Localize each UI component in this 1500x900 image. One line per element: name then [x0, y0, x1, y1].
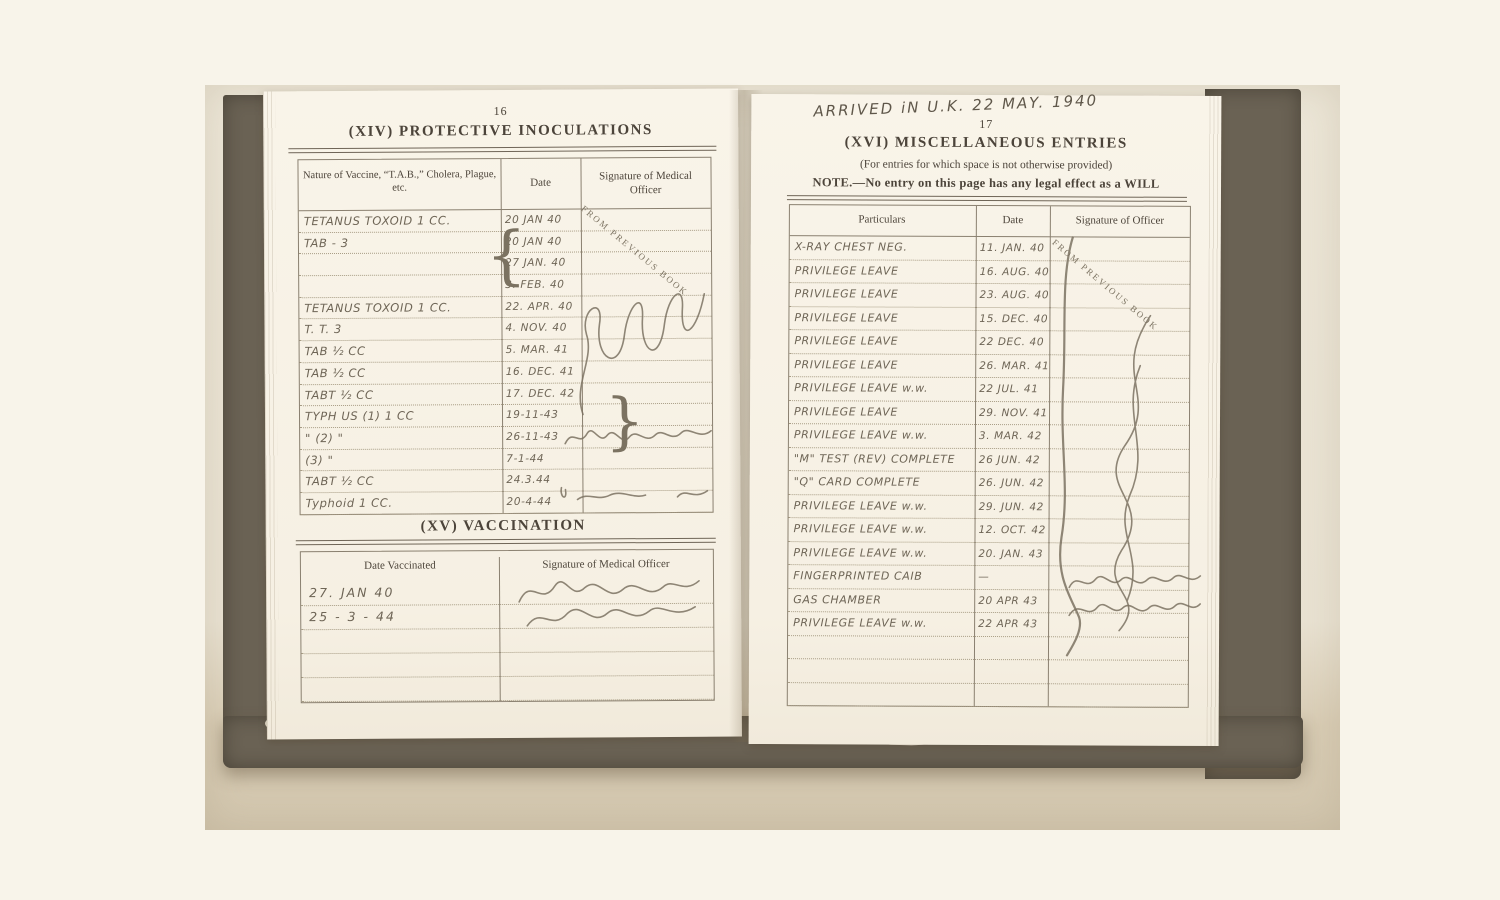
entry-particulars: PRIVILEGE LEAVE [794, 358, 898, 371]
header-date-vaccinated: Date Vaccinated [301, 559, 499, 574]
header-nature-of-vaccine: Nature of Vaccine, “T.A.B.,” Cholera, Pl… [303, 168, 497, 195]
header-date: Date [501, 177, 581, 191]
page-number: 17 [751, 116, 1221, 133]
vaccine-date: 7-1-44 [506, 452, 544, 464]
signature-scrawl [511, 567, 711, 640]
entry-date: 22 DEC. 40 [979, 336, 1044, 348]
entry-row [788, 659, 1188, 684]
entry-date: 15. DEC. 40 [979, 312, 1048, 324]
scanned-record-photo: 16 (XIV) PROTECTIVE INOCULATIONS Nature … [0, 0, 1500, 900]
vaccine-date: 20-4-44 [507, 496, 552, 508]
vaccine-entry: TETANUS TOXOID 1 CC. [304, 300, 451, 315]
double-rule [787, 195, 1187, 202]
right-page: ARRIVED iN U.K. 22 MAY. 1940 17 (XVI) MI… [749, 94, 1222, 746]
entry-date: 16. AUG. 40 [980, 265, 1050, 277]
entry-date: 29. NOV. 41 [979, 406, 1048, 418]
vaccine-entry: TYPH US (1) 1 CC [305, 409, 414, 424]
vaccine-date: 19-11-43 [506, 409, 559, 421]
entry-row [788, 683, 1188, 708]
vaccine-entry: TAB ½ CC [305, 344, 366, 358]
entry-date: 22 JUL. 41 [979, 383, 1038, 395]
vaccine-entry: TABT ½ CC [305, 387, 374, 401]
entry-date: 11. JAN. 40 [980, 242, 1045, 254]
entry-particulars: "M" TEST (REV) COMPLETE [794, 452, 955, 466]
entry-date: 26. JUN. 42 [979, 477, 1044, 489]
page-stack-edges [263, 91, 279, 739]
vaccine-date: 26-11-43 [506, 431, 559, 443]
entry-date: 23. AUG. 40 [980, 289, 1050, 301]
section-title-vaccination: (XV) VACCINATION [266, 517, 741, 537]
entry-particulars: PRIVILEGE LEAVE [795, 287, 899, 300]
signature-scrawl [1067, 591, 1202, 624]
left-page: 16 (XIV) PROTECTIVE INOCULATIONS Nature … [263, 89, 742, 740]
vaccine-entry: " (2) " [305, 431, 343, 445]
entry-particulars: PRIVILEGE LEAVE w.w. [793, 616, 927, 630]
header-particulars: Particulars [790, 213, 974, 228]
entry-particulars: PRIVILEGE LEAVE w.w. [794, 428, 928, 442]
vaccine-entry: TAB - 3 [304, 236, 349, 250]
entry-date: 20 APR 43 [978, 594, 1038, 606]
will-note: NOTE.—No entry on this page has any lega… [751, 175, 1221, 192]
vaccination-row [301, 652, 713, 679]
vaccine-entry: TAB ½ CC [305, 366, 366, 380]
vaccine-date: 4. NOV. 40 [505, 322, 567, 334]
page-number: 16 [263, 103, 738, 121]
entry-particulars: PRIVILEGE LEAVE w.w. [794, 499, 928, 513]
entry-particulars: PRIVILEGE LEAVE [794, 334, 898, 347]
vaccine-entry: TABT ½ CC [305, 474, 374, 488]
entry-particulars: X-RAY CHEST NEG. [795, 240, 908, 253]
entry-particulars: GAS CHAMBER [793, 593, 881, 606]
entry-particulars: PRIVILEGE LEAVE w.w. [793, 546, 927, 560]
vaccine-date: 24.3.44 [506, 474, 550, 486]
vaccine-date: 22. APR. 40 [505, 300, 573, 312]
vaccine-entry: Typhoid 1 CC. [305, 496, 392, 511]
signature-scrawl [557, 481, 717, 508]
header-date: Date [976, 214, 1050, 228]
vaccination-date: 25 - 3 - 44 [309, 609, 396, 625]
section-subtitle: (For entries for which space is not othe… [751, 158, 1221, 172]
entry-date: 22 APR 43 [978, 618, 1038, 630]
entry-date: 29. JUN. 42 [979, 500, 1044, 512]
vaccination-date: 27. JAN 40 [309, 585, 394, 601]
entry-date: 20. JAN. 43 [978, 547, 1043, 559]
miscellaneous-header-row: Particulars Date Signature of Officer [790, 205, 1190, 238]
entry-particulars: PRIVILEGE LEAVE w.w. [794, 381, 928, 395]
vaccine-entry: (3) " [305, 453, 333, 467]
entry-particulars: PRIVILEGE LEAVE [794, 311, 898, 324]
signature-scrawl [563, 419, 713, 454]
photo-background: 16 (XIV) PROTECTIVE INOCULATIONS Nature … [205, 85, 1340, 830]
entry-particulars: PRIVILEGE LEAVE [795, 264, 899, 277]
entry-date: 26. MAR. 41 [979, 359, 1049, 371]
double-rule [288, 146, 716, 154]
entry-particulars: FINGERPRINTED CAIB [793, 569, 922, 583]
entry-date: 12. OCT. 42 [978, 524, 1045, 536]
entry-particulars: PRIVILEGE LEAVE w.w. [793, 522, 927, 536]
entry-date: 3. MAR. 42 [979, 430, 1042, 442]
vaccine-entry: TETANUS TOXOID 1 CC. [304, 213, 451, 228]
entry-particulars: "Q" CARD COMPLETE [794, 475, 921, 489]
section-title-miscellaneous: (XVI) MISCELLANEOUS ENTRIES [751, 134, 1221, 153]
section-title-inoculations: (XIV) PROTECTIVE INOCULATIONS [263, 122, 738, 142]
entry-date: 26 JUN. 42 [979, 453, 1040, 465]
entry-row: X-RAY CHEST NEG. 11. JAN. 40 [790, 236, 1190, 261]
date-group-brace: { [486, 223, 527, 289]
inoculations-header-row: Nature of Vaccine, “T.A.B.,” Cholera, Pl… [298, 158, 710, 212]
entry-date: — [978, 571, 989, 583]
header-signature: Signature of Medical Officer [583, 170, 709, 198]
vaccine-date: 5. MAR. 41 [506, 344, 569, 356]
double-rule [296, 538, 716, 546]
entry-row [788, 636, 1188, 661]
entry-particulars: PRIVILEGE LEAVE [794, 405, 898, 418]
vaccine-entry: T. T. 3 [304, 322, 342, 336]
signature-scrawl [564, 264, 710, 425]
entry-row: PRIVILEGE LEAVE 16. AUG. 40 [790, 260, 1190, 285]
vaccination-row [302, 676, 714, 703]
header-signature: Signature of Officer [1052, 214, 1188, 228]
